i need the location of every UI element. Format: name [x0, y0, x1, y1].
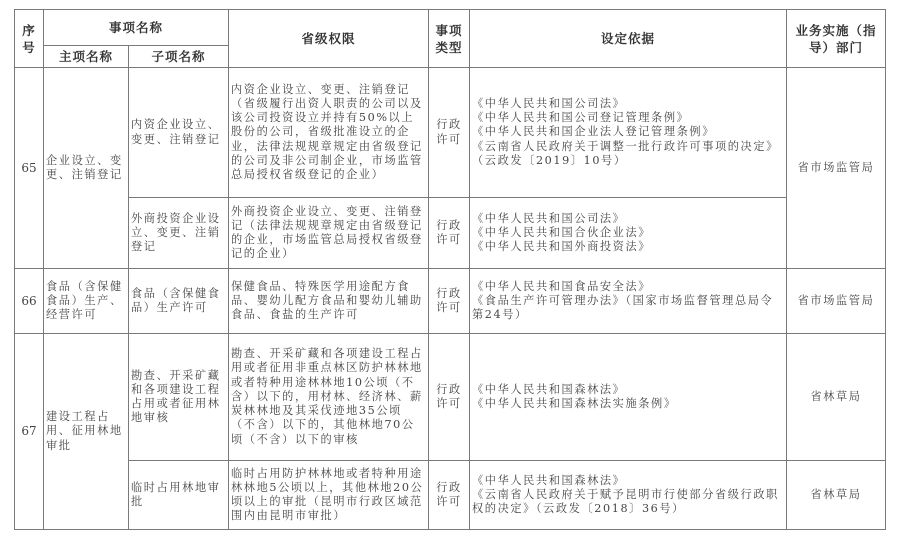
row-sub-name: 内资企业设立、变更、注销登记: [129, 68, 229, 198]
row-basis: 《中华人民共和国公司法》 《中华人民共和国公司登记管理条例》 《中华人民共和国企…: [470, 68, 787, 198]
header-item-name: 事项名称: [44, 10, 229, 46]
row-sub-name: 临时占用林地审批: [129, 461, 229, 530]
basis-line: 《中华人民共和国合伙企业法》: [472, 226, 784, 240]
administrative-items-table: 序号 事项名称 省级权限 事项类型 设定依据 业务实施（指导）部门 主项名称 子…: [14, 9, 886, 530]
row-authority: 勘查、开采矿藏和各项建设工程占用或者征用非重点林区防护林林地或者特种用途林林地1…: [229, 334, 429, 461]
header-type: 事项类型: [429, 10, 470, 68]
basis-line: 《中华人民共和国公司法》: [472, 212, 784, 226]
table-row: 66 食品（含保健食品）生产、经营许可 食品（含保健食品）生产许可 保健食品、特…: [15, 269, 886, 334]
header-basis: 设定依据: [470, 10, 787, 68]
row-main-name: 食品（含保健食品）生产、经营许可: [44, 269, 129, 334]
row-sub-name: 勘查、开采矿藏和各项建设工程占用或者征用林地审核: [129, 334, 229, 461]
row-basis: 《中华人民共和国食品安全法》 《食品生产许可管理办法》（国家市场监督管理总局令第…: [470, 269, 787, 334]
basis-line: 《中华人民共和国企业法人登记管理条例》: [472, 125, 784, 139]
row-dept: 省林草局: [787, 334, 886, 461]
header-main-name: 主项名称: [44, 46, 129, 68]
basis-line: 《云南省人民政府关于调整一批行政许可事项的决定》（云政发〔2019〕10号）: [472, 140, 784, 168]
basis-line: 《中华人民共和国森林法实施条例》: [472, 397, 784, 411]
header-sub-name: 子项名称: [129, 46, 229, 68]
row-type: 行政许可: [429, 334, 470, 461]
row-type: 行政许可: [429, 461, 470, 530]
basis-line: 《中华人民共和国公司登记管理条例》: [472, 111, 784, 125]
row-basis: 《中华人民共和国公司法》 《中华人民共和国合伙企业法》 《中华人民共和国外商投资…: [470, 198, 787, 269]
row-type: 行政许可: [429, 198, 470, 269]
basis-line: 《云南省人民政府关于赋予昆明市行使部分省级行政职权的决定》（云政发〔2018〕3…: [472, 488, 784, 516]
row-authority: 临时占用防护林林地或者特种用途林林地5公顷以上，其他林地20公顷以上的审批（昆明…: [229, 461, 429, 530]
table-row: 临时占用林地审批 临时占用防护林林地或者特种用途林林地5公顷以上，其他林地20公…: [15, 461, 886, 530]
row-main-name: 企业设立、变更、注销登记: [44, 68, 129, 269]
basis-line: 《中华人民共和国外商投资法》: [472, 240, 784, 254]
row-type: 行政许可: [429, 269, 470, 334]
basis-line: 《中华人民共和国公司法》: [472, 97, 784, 111]
row-seq: 66: [15, 269, 44, 334]
basis-line: 《中华人民共和国食品安全法》: [472, 280, 784, 294]
row-authority: 外商投资企业设立、变更、注销登记（法律法规规章规定由省级登记的企业，市场监管总局…: [229, 198, 429, 269]
row-main-name: 建设工程占用、征用林地审批: [44, 334, 129, 530]
row-type: 行政许可: [429, 68, 470, 198]
row-basis: 《中华人民共和国森林法》 《中华人民共和国森林法实施条例》: [470, 334, 787, 461]
row-basis: 《中华人民共和国森林法》 《云南省人民政府关于赋予昆明市行使部分省级行政职权的决…: [470, 461, 787, 530]
row-dept: 省林草局: [787, 461, 886, 530]
basis-line: 《食品生产许可管理办法》（国家市场监督管理总局令第24号）: [472, 294, 784, 322]
row-dept: 省市场监管局: [787, 68, 886, 269]
table-row: 67 建设工程占用、征用林地审批 勘查、开采矿藏和各项建设工程占用或者征用林地审…: [15, 334, 886, 461]
row-dept: 省市场监管局: [787, 269, 886, 334]
row-seq: 65: [15, 68, 44, 269]
row-seq: 67: [15, 334, 44, 530]
row-sub-name: 食品（含保健食品）生产许可: [129, 269, 229, 334]
row-sub-name: 外商投资企业设立、变更、注销登记: [129, 198, 229, 269]
table-row: 外商投资企业设立、变更、注销登记 外商投资企业设立、变更、注销登记（法律法规规章…: [15, 198, 886, 269]
header-authority: 省级权限: [229, 10, 429, 68]
basis-line: 《中华人民共和国森林法》: [472, 474, 784, 488]
row-authority: 保健食品、特殊医学用途配方食品、婴幼儿配方食品和婴幼儿辅助食品、食盐的生产许可: [229, 269, 429, 334]
header-dept: 业务实施（指导）部门: [787, 10, 886, 68]
basis-line: 《中华人民共和国森林法》: [472, 383, 784, 397]
row-authority: 内资企业设立、变更、注销登记（省级履行出资人职责的公司以及该公司投资设立并持有5…: [229, 68, 429, 198]
table-row: 65 企业设立、变更、注销登记 内资企业设立、变更、注销登记 内资企业设立、变更…: [15, 68, 886, 198]
header-seq: 序号: [15, 10, 44, 68]
